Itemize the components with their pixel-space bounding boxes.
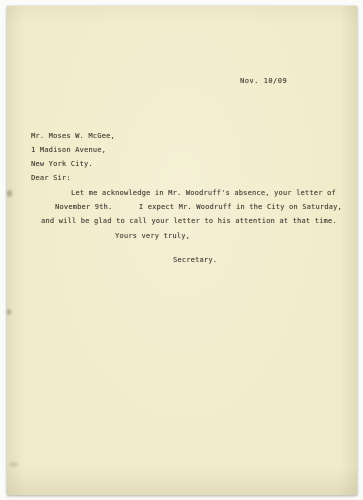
closing-line: Yours very truly, <box>115 232 190 241</box>
scanned-letter: Nov. 10/09 Mr. Moses W. McGee, 1 Madison… <box>0 0 363 500</box>
stain-mark <box>7 309 11 315</box>
stain-mark <box>7 190 12 197</box>
body-line-3: and will be glad to call your letter to … <box>41 217 337 226</box>
salutation-line: Dear Sir: <box>31 174 71 183</box>
signature-line: Secretary. <box>173 256 217 265</box>
date-line: Nov. 10/09 <box>240 77 287 86</box>
recipient-city-line: New York City. <box>31 160 93 169</box>
recipient-street-line: 1 Madison Avenue, <box>31 146 106 155</box>
stain-mark <box>9 462 18 467</box>
body-line-2: November 9th. I expect Mr. Woodruff in t… <box>55 203 342 212</box>
recipient-name-line: Mr. Moses W. McGee, <box>31 132 115 141</box>
letter-paper: Nov. 10/09 Mr. Moses W. McGee, 1 Madison… <box>7 6 357 495</box>
body-line-1: Let me acknowledge in Mr. Woodruff's abs… <box>71 189 336 198</box>
